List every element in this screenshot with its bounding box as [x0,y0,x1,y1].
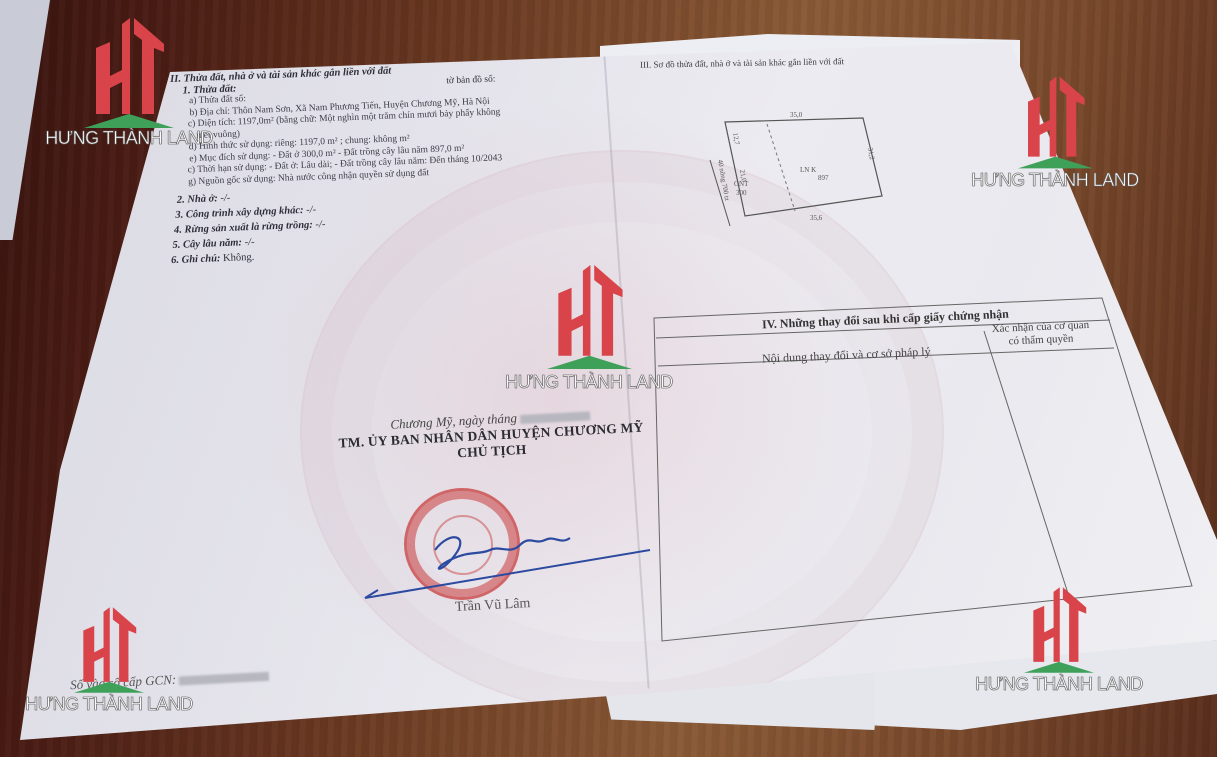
svg-text:40 nông 700 tz: 40 nông 700 tz [716,159,731,202]
watermark-brand: HƯNG THÀNH LAND [34,128,224,149]
ht-logo-icon [84,18,174,128]
watermark-brand: HƯNG THÀNH LAND [964,674,1154,695]
watermark-brand: HƯNG THÀNH LAND [494,372,684,393]
watermark-brand: HƯNG THÀNH LAND [960,170,1150,191]
watermark-logo: HƯNG THÀNH LAND [34,18,224,149]
watermark-brand: HƯNG THÀNH LAND [14,694,204,715]
ht-logo-icon [547,262,632,372]
column-authority-confirmation: Xác nhận của cơ quan có thẩm quyền [991,319,1089,349]
signature-scribble [360,510,660,605]
svg-text:35,6: 35,6 [810,214,823,222]
svg-text:300: 300 [736,189,747,197]
watermark-logo: HƯNG THÀNH LAND [960,75,1150,191]
ht-logo-icon [1018,75,1093,170]
watermark-logo: HƯNG THÀNH LAND [964,586,1154,695]
ht-logo-icon [74,606,144,694]
svg-text:12,7: 12,7 [731,132,741,146]
ht-logo-icon [1024,586,1094,674]
svg-text:LN K: LN K [800,166,816,174]
svg-text:31,2: 31,2 [866,147,876,161]
svg-text:897: 897 [818,174,829,182]
land-plot-diagram: 35,0 35,6 ONT 300 LN K 897 12,7 21,0 31,… [700,108,900,238]
svg-text:35,0: 35,0 [790,111,803,119]
watermark-logo: HƯNG THÀNH LAND [14,606,204,715]
watermark-logo: HƯNG THÀNH LAND [494,262,684,393]
